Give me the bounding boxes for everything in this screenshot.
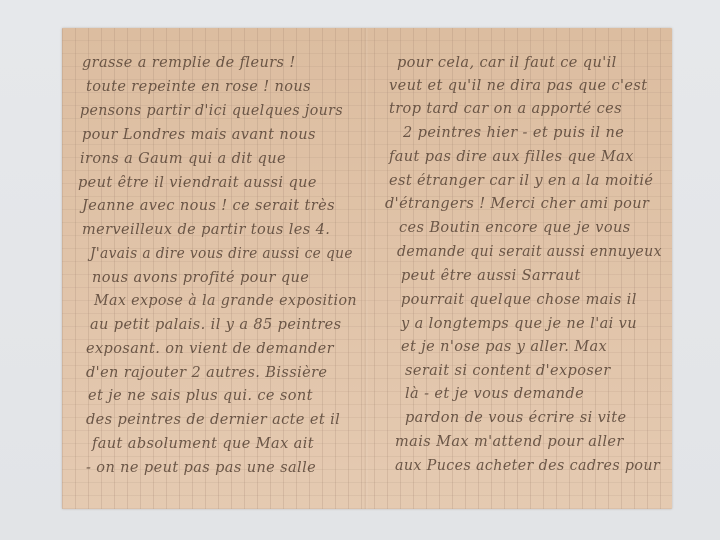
handwritten-line: trop tard car on a apporté ces: [389, 101, 622, 117]
handwritten-line: 2 peintres hier - et puis il ne: [403, 125, 624, 141]
handwritten-line: Jeanne avec nous ! ce serait très: [82, 198, 335, 214]
handwritten-line: merveilleux de partir tous les 4.: [82, 222, 330, 238]
handwritten-line: et je ne sais plus qui. ce sont: [88, 388, 313, 404]
handwritten-line: ces Boutin encore que je vous: [399, 220, 631, 236]
handwritten-line: et je n'ose pas y aller. Max: [401, 339, 607, 355]
handwritten-line: veut et qu'il ne dira pas que c'est: [389, 78, 647, 94]
handwritten-line: toute repeinte en rose ! nous: [86, 79, 311, 95]
handwritten-line: J'avais a dire vous dire aussi ce que: [90, 246, 353, 262]
handwritten-line: au petit palais. il y a 85 peintres: [90, 317, 341, 333]
handwritten-line: faut pas dire aux filles que Max: [389, 149, 634, 165]
handwritten-line: - on ne peut pas pas une salle: [86, 460, 316, 476]
left-page: grasse a remplie de fleurs ! toute repei…: [62, 28, 365, 509]
handwritten-line: faut absolument que Max ait: [92, 436, 314, 452]
photo-background: grasse a remplie de fleurs ! toute repei…: [0, 0, 720, 540]
handwritten-line: y a longtemps que je ne l'ai vu: [401, 316, 637, 332]
handwritten-line: demande qui serait aussi ennuyeux: [397, 244, 662, 260]
handwritten-line: pourrait quelque chose mais il: [401, 292, 637, 308]
handwritten-line: aux Puces acheter des cadres pour: [395, 458, 660, 474]
letter-sheet: grasse a remplie de fleurs ! toute repei…: [62, 28, 672, 509]
handwritten-line: irons a Gaum qui a dit que: [80, 151, 286, 167]
handwritten-line: pensons partir d'ici quelques jours: [80, 103, 343, 119]
handwritten-line: d'en rajouter 2 autres. Bissière: [86, 365, 327, 381]
right-page: pour cela, car il faut ce qu'il veut et …: [367, 28, 672, 509]
handwritten-line: nous avons profité pour que: [92, 270, 309, 286]
handwritten-line: est étranger car il y en a la moitié: [389, 173, 653, 189]
handwritten-line: pour Londres mais avant nous: [82, 127, 316, 143]
handwritten-line: peut être il viendrait aussi que: [78, 175, 317, 191]
handwritten-line: des peintres de dernier acte et il: [86, 412, 340, 428]
handwritten-line: serait si content d'exposer: [405, 363, 611, 379]
handwritten-line: pour cela, car il faut ce qu'il: [397, 55, 617, 71]
handwritten-line: peut être aussi Sarraut: [401, 268, 581, 284]
handwritten-line: là - et je vous demande: [405, 386, 584, 402]
handwritten-line: exposant. on vient de demander: [86, 341, 334, 357]
handwritten-line: grasse a remplie de fleurs !: [82, 55, 296, 71]
handwritten-line: mais Max m'attend pour aller: [395, 434, 624, 450]
handwritten-line: d'étrangers ! Merci cher ami pour: [385, 196, 649, 212]
handwritten-line: Max expose à la grande exposition: [94, 293, 357, 309]
handwritten-line: pardon de vous écrire si vite: [405, 410, 627, 426]
